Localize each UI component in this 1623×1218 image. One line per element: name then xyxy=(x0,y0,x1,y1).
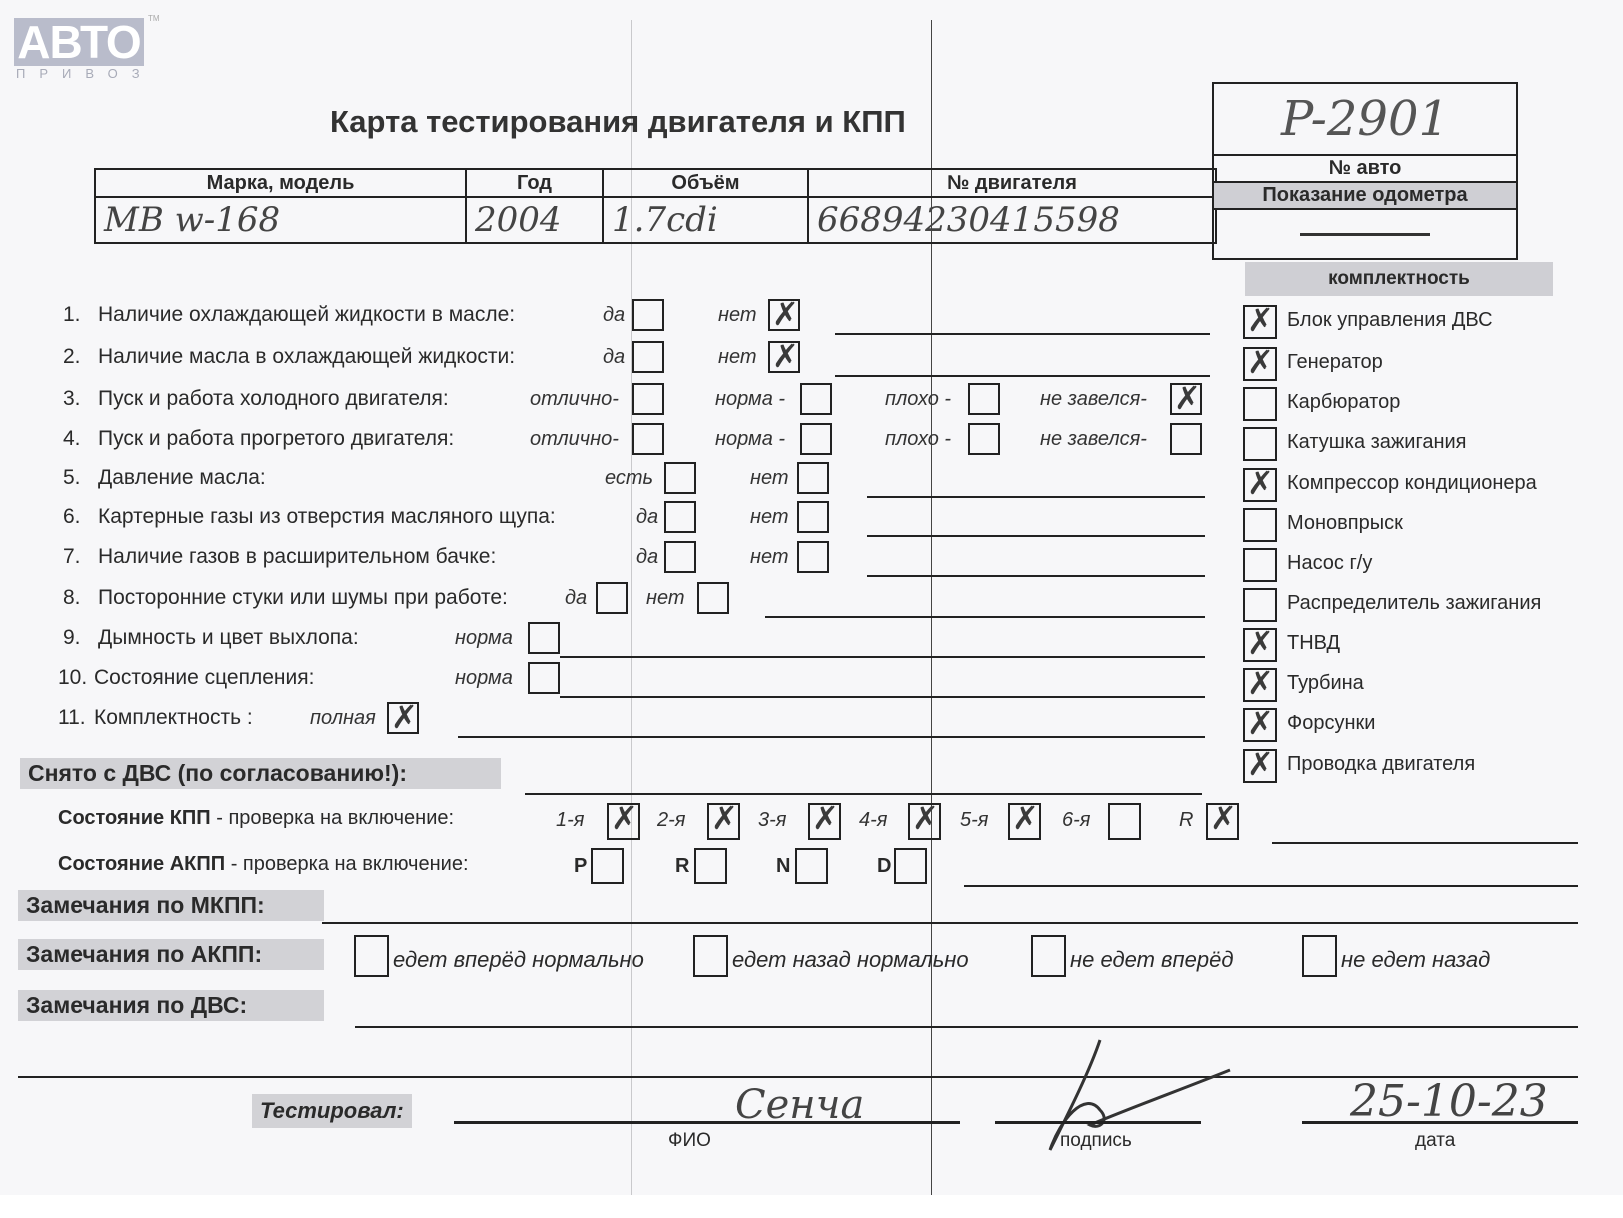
kpp-gear-checkbox[interactable] xyxy=(707,803,740,840)
akpp-position-checkbox[interactable] xyxy=(694,848,727,884)
komplektnost-item-label: Форсунки xyxy=(1287,712,1375,735)
odometer-field[interactable] xyxy=(1213,209,1517,259)
checkbox[interactable] xyxy=(697,582,729,614)
kpp-gear-checkbox[interactable] xyxy=(1108,803,1141,840)
checklist-option-label: норма - xyxy=(715,388,785,411)
checklist-item-number: 6. xyxy=(63,505,81,529)
notes-line[interactable] xyxy=(835,333,1210,335)
date-caption: дата xyxy=(1415,1130,1455,1152)
kpp-gear-label: 6-я xyxy=(1062,809,1090,832)
kpp-gear-checkbox[interactable] xyxy=(808,803,841,840)
col-header-engine-number: № двигателя xyxy=(808,169,1216,197)
kpp-gear-checkbox[interactable] xyxy=(1206,803,1239,840)
akpp-position-checkbox[interactable] xyxy=(894,848,927,884)
make-model-field[interactable]: MB w-168 xyxy=(95,197,466,243)
akpp-remark-label: едет вперёд нормально xyxy=(393,947,644,973)
checklist-option-label: норма - xyxy=(715,428,785,451)
checklist-option-label: нет xyxy=(718,304,757,327)
checklist-option-label: нет xyxy=(718,346,757,369)
checklist-option-label: нет xyxy=(750,506,789,529)
logo-subtitle: ПРИВОЗ xyxy=(16,66,154,81)
checklist-item-number: 7. xyxy=(63,545,81,569)
checklist-option-label: полная xyxy=(310,707,376,730)
checklist-option-label: отлично- xyxy=(530,388,619,411)
checklist-item-label: Состояние сцепления: xyxy=(94,666,314,690)
checkbox[interactable] xyxy=(768,299,800,331)
notes-line[interactable] xyxy=(867,575,1205,577)
notes-line[interactable] xyxy=(560,696,1205,698)
checkbox[interactable] xyxy=(596,582,628,614)
akpp-label-bold: Состояние АКПП xyxy=(58,853,225,875)
page-title: Карта тестирования двигателя и КПП xyxy=(330,104,906,140)
kpp-label: Состояние КПП - проверка на включение: xyxy=(58,807,454,830)
checkbox[interactable] xyxy=(632,341,664,373)
checklist-option-label: нет xyxy=(646,587,685,610)
checkbox[interactable] xyxy=(664,541,696,573)
col-header-volume: Объём xyxy=(603,169,808,197)
checkbox[interactable] xyxy=(797,541,829,573)
checklist-item-label: Наличие масла в охлаждающей жидкости: xyxy=(98,345,515,369)
kpp-gear-label: 1-я xyxy=(556,809,584,832)
checklist-option-label: нет xyxy=(750,467,789,490)
checklist-option-label: да xyxy=(603,346,625,369)
checklist-item-number: 3. xyxy=(63,387,81,411)
checkbox[interactable] xyxy=(768,341,800,373)
kpp-label-bold: Состояние КПП xyxy=(58,807,211,829)
komplektnost-checkbox[interactable] xyxy=(1243,548,1277,582)
checkbox[interactable] xyxy=(800,383,832,415)
checkbox[interactable] xyxy=(664,501,696,533)
akpp-label-rest: - проверка на включение: xyxy=(225,853,468,875)
checklist-option-label: норма xyxy=(455,667,513,690)
dvs-remarks-line[interactable] xyxy=(355,1026,1578,1028)
checklist-item-label: Комплектность : xyxy=(94,706,253,730)
auto-number-label: № авто xyxy=(1213,155,1517,182)
checkbox[interactable] xyxy=(800,423,832,455)
notes-line[interactable] xyxy=(867,535,1205,537)
odometer-dash xyxy=(1300,233,1430,236)
dvs-remarks-line-2[interactable] xyxy=(18,1076,1578,1078)
kpp-gear-label: 4-я xyxy=(859,809,887,832)
akpp-remark-checkbox[interactable] xyxy=(1302,935,1337,977)
removed-line[interactable] xyxy=(525,793,1202,795)
volume-field[interactable]: 1.7cdi xyxy=(603,197,808,243)
komplektnost-checkbox[interactable] xyxy=(1243,588,1277,622)
checklist-item-number: 2. xyxy=(63,345,81,369)
checklist-option-label: не завелся- xyxy=(1040,428,1147,451)
checklist-item-label: Картерные газы из отверстия масляного щу… xyxy=(98,505,556,529)
checkbox[interactable] xyxy=(632,299,664,331)
komplektnost-item-label: Моновпрыск xyxy=(1287,512,1403,535)
komplektnost-checkbox[interactable] xyxy=(1243,749,1277,783)
checkbox[interactable] xyxy=(632,423,664,455)
kpp-gear-checkbox[interactable] xyxy=(908,803,941,840)
notes-line[interactable] xyxy=(867,496,1205,498)
akpp-remark-checkbox[interactable] xyxy=(1031,935,1066,977)
kpp-notes-line[interactable] xyxy=(1272,842,1578,844)
auto-number-field[interactable]: P-2901 xyxy=(1213,83,1517,155)
komplektnost-checkbox[interactable] xyxy=(1243,427,1277,461)
checklist-item-number: 4. xyxy=(63,427,81,451)
checkbox[interactable] xyxy=(528,622,560,654)
komplektnost-item-label: Катушка зажигания xyxy=(1287,431,1467,454)
date-line[interactable] xyxy=(1302,1121,1578,1124)
komplektnost-item-label: Карбюратор xyxy=(1287,391,1400,414)
akpp-position-label: N xyxy=(776,855,790,878)
checklist-option-label: плохо - xyxy=(885,388,951,411)
komplektnost-item-label: Генератор xyxy=(1287,351,1383,374)
checklist-item-label: Посторонние стуки или шумы при работе: xyxy=(98,586,508,610)
logo: АВТО xyxy=(14,18,144,66)
col-header-year: Год xyxy=(466,169,603,197)
checklist-option-label: да xyxy=(636,506,658,529)
checkbox[interactable] xyxy=(632,383,664,415)
trademark: TM xyxy=(148,14,160,23)
checkbox[interactable] xyxy=(968,423,1000,455)
akpp-remark-label: не едет вперёд xyxy=(1070,947,1234,973)
checklist-item-number: 8. xyxy=(63,586,81,610)
fio-line[interactable] xyxy=(454,1121,960,1124)
komplektnost-checkbox[interactable] xyxy=(1243,387,1277,421)
checklist-item-number: 10. xyxy=(58,666,87,690)
checkbox[interactable] xyxy=(1170,383,1202,415)
akpp-remarks-label: Замечания по АКПП: xyxy=(18,939,324,970)
signature-caption: подпись xyxy=(1060,1130,1132,1152)
checklist-option-label: да xyxy=(636,546,658,569)
checklist-option-label: не завелся- xyxy=(1040,388,1147,411)
checkbox[interactable] xyxy=(528,662,560,694)
year-field[interactable]: 2004 xyxy=(466,197,603,243)
komplektnost-checkbox[interactable] xyxy=(1243,305,1277,339)
checklist-option-label: есть xyxy=(605,467,653,490)
komplektnost-item-label: Проводка двигателя xyxy=(1287,753,1475,776)
checklist-option-label: норма xyxy=(455,627,513,650)
kpp-gear-label: 2-я xyxy=(657,809,685,832)
checklist-item-label: Давление масла: xyxy=(98,466,266,490)
komplektnost-checkbox[interactable] xyxy=(1243,708,1277,742)
checklist-item-number: 1. xyxy=(63,303,81,327)
checklist-option-label: отлично- xyxy=(530,428,619,451)
signature-line[interactable] xyxy=(995,1121,1201,1124)
kpp-gear-label: R xyxy=(1179,809,1193,832)
notes-line[interactable] xyxy=(560,656,1205,658)
notes-line[interactable] xyxy=(458,736,1205,738)
komplektnost-checkbox[interactable] xyxy=(1243,347,1277,381)
komplektnost-item-label: Насос г/у xyxy=(1287,552,1372,575)
komplektnost-item-label: Блок управления ДВС xyxy=(1287,309,1493,332)
test-card-sheet: АВТО ПРИВОЗ TM Карта тестирования двигат… xyxy=(0,0,1623,1195)
akpp-remark-checkbox[interactable] xyxy=(693,935,728,977)
akpp-remark-label: едет назад нормально xyxy=(732,947,969,973)
dvs-remarks-label: Замечания по ДВС: xyxy=(18,990,324,1021)
akpp-position-label: R xyxy=(675,855,689,878)
engine-number-field[interactable]: 66894230415598 xyxy=(808,197,1216,243)
komplektnost-item-label: ТНВД xyxy=(1287,632,1340,655)
odometer-label: Показание одометра xyxy=(1213,182,1517,209)
akpp-remark-checkbox[interactable] xyxy=(354,935,389,977)
komplektnost-item-label: Турбина xyxy=(1287,672,1364,695)
tested-by-label: Тестировал: xyxy=(252,1094,412,1128)
akpp-position-label: P xyxy=(574,855,587,878)
mkpp-remarks-label: Замечания по МКПП: xyxy=(18,890,324,921)
checklist-item-label: Наличие охлаждающей жидкости в масле: xyxy=(98,303,515,327)
akpp-position-label: D xyxy=(877,855,891,878)
komplektnost-item-label: Распределитель зажигания xyxy=(1287,592,1541,615)
komplektnost-checkbox[interactable] xyxy=(1243,468,1277,502)
komplektnost-checkbox[interactable] xyxy=(1243,668,1277,702)
kpp-gear-label: 3-я xyxy=(758,809,786,832)
date-value[interactable]: 25-10-23 xyxy=(1350,1076,1548,1127)
kpp-label-rest: - проверка на включение: xyxy=(211,807,454,829)
mkpp-remarks-line[interactable] xyxy=(322,922,1578,924)
komplektnost-item-label: Компрессор кондиционера xyxy=(1287,472,1537,495)
vehicle-info-table: Марка, модель Год Объём № двигателя MB w… xyxy=(94,168,1217,244)
akpp-notes-line[interactable] xyxy=(964,885,1578,887)
notes-line[interactable] xyxy=(835,375,1210,377)
checkbox[interactable] xyxy=(797,501,829,533)
checklist-item-number: 11. xyxy=(58,706,86,730)
checkbox[interactable] xyxy=(664,462,696,494)
akpp-remark-label: не едет назад xyxy=(1341,947,1490,973)
checklist-option-label: нет xyxy=(750,546,789,569)
checklist-option-label: плохо - xyxy=(885,428,951,451)
checklist-item-label: Наличие газов в расширительном бачке: xyxy=(98,545,496,569)
checklist-item-label: Пуск и работа холодного двигателя: xyxy=(98,387,449,411)
kpp-gear-checkbox[interactable] xyxy=(607,803,640,840)
checklist-item-number: 5. xyxy=(63,466,81,490)
kpp-gear-label: 5-я xyxy=(960,809,988,832)
fio-caption: ФИО xyxy=(668,1130,711,1152)
auto-number-box: P-2901 № авто Показание одометра xyxy=(1212,82,1518,260)
akpp-label: Состояние АКПП - проверка на включение: xyxy=(58,853,469,876)
notes-line[interactable] xyxy=(765,616,1205,618)
kpp-gear-checkbox[interactable] xyxy=(1008,803,1041,840)
checkbox[interactable] xyxy=(968,383,1000,415)
akpp-position-checkbox[interactable] xyxy=(795,848,828,884)
checklist-option-label: да xyxy=(603,304,625,327)
komplektnost-checkbox[interactable] xyxy=(1243,508,1277,542)
checklist-item-label: Пуск и работа прогретого двигателя: xyxy=(98,427,454,451)
checklist-option-label: да xyxy=(565,587,587,610)
akpp-position-checkbox[interactable] xyxy=(591,848,624,884)
komplektnost-header: комплектность xyxy=(1245,262,1553,296)
removed-label: Снято с ДВС (по согласованию!): xyxy=(20,758,501,789)
checkbox[interactable] xyxy=(387,702,419,734)
checklist-item-label: Дымность и цвет выхлопа: xyxy=(98,626,359,650)
komplektnost-checkbox[interactable] xyxy=(1243,628,1277,662)
checkbox[interactable] xyxy=(1170,423,1202,455)
checklist-item-number: 9. xyxy=(63,626,81,650)
col-header-make-model: Марка, модель xyxy=(95,169,466,197)
checkbox[interactable] xyxy=(797,462,829,494)
